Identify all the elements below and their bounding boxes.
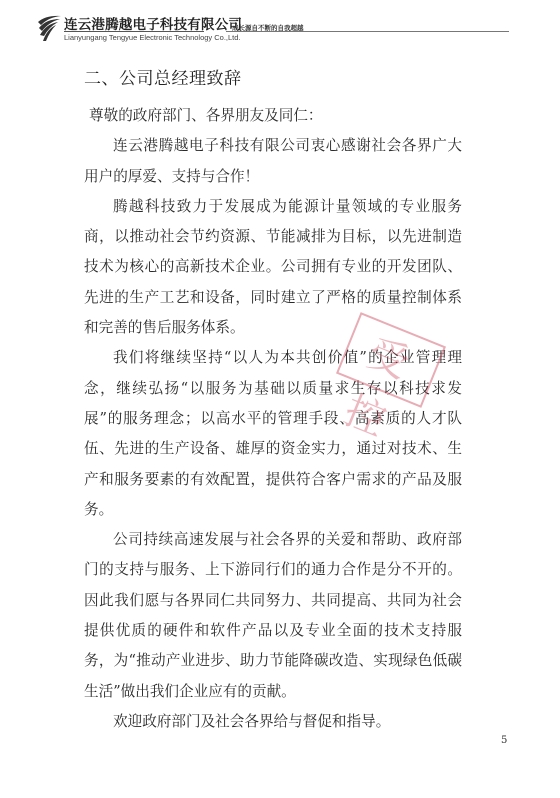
paragraph-closing: 欢迎政府部门及社会各界给与督促和指导。: [84, 707, 462, 737]
paragraph-philosophy: 我们将继续坚持“以人为本共创价值”的企业管理理念，继续弘扬“以服务为基础以质量求…: [84, 343, 462, 525]
section-heading: 二、公司总经理致辞: [84, 64, 242, 89]
letter-body: 尊敬的政府部门、各界朋友及同仁： 连云港腾越电子科技有限公司衷心感谢社会各界广大…: [84, 101, 462, 737]
paragraph-cooperation: 公司持续高速发展与社会各界的关爱和帮助、政府部门的支持与服务、上下游同行们的通力…: [84, 525, 462, 707]
swoosh-logo-icon: [36, 14, 62, 42]
company-name-cn: 连云港腾越电子科技有限公司: [64, 13, 242, 33]
paragraph-thanks: 连云港腾越电子科技有限公司衷心感谢社会各界广大用户的厚爱、支持与合作！: [84, 131, 462, 192]
header-rule-left: [64, 31, 204, 32]
page-number: 5: [501, 735, 507, 746]
company-name-en: Lianyungang Tengyue Electronic Technolog…: [64, 33, 241, 42]
page-header: 连云港腾越电子科技有限公司 Lianyungang Tengyue Electr…: [0, 0, 560, 50]
paragraph-mission: 腾越科技致力于发展成为能源计量领域的专业服务商，以推动社会节约资源、节能减排为目…: [84, 192, 462, 343]
greeting: 尊敬的政府部门、各界朋友及同仁：: [89, 101, 462, 131]
header-rule-right: [226, 31, 509, 32]
